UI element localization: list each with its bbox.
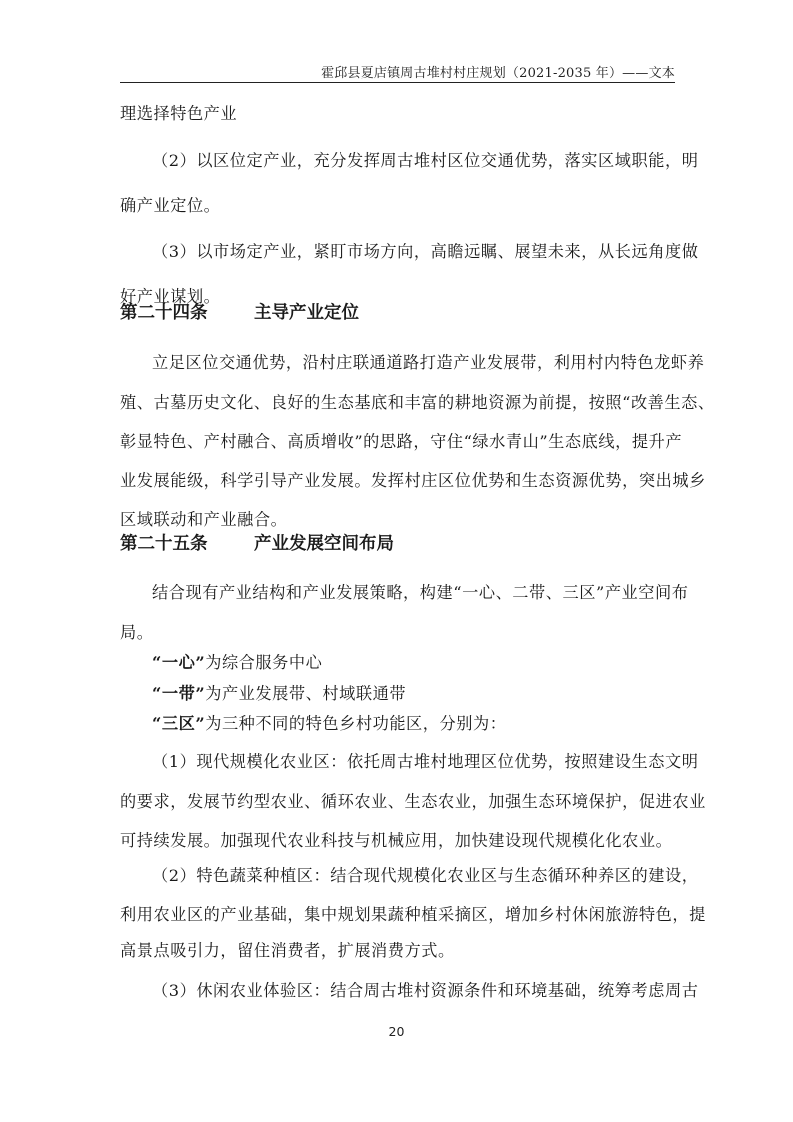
document-title: 霍邱县夏店镇周古堆村村庄规划（2021-2035 年）——文本	[321, 62, 675, 81]
section-title: 主导产业定位	[254, 303, 359, 323]
paragraph-line: 利用农业区的产业基础，集中规划果蔬种植采摘区，增加乡村休闲旅游特色，提	[120, 905, 678, 925]
section-number: 第二十五条	[120, 533, 254, 555]
paragraph-line: 业发展能级，科学引导产业发展。发挥村庄区位优势和生态资源优势，突出城乡	[120, 471, 678, 491]
paragraph-line: （3）以市场定产业，紧盯市场方向，高瞻远瞩、展望未来，从长远角度做	[120, 242, 678, 262]
definition-one-belt: “一带”为产业发展带、村域联通带	[120, 684, 678, 704]
paragraph-line: 理选择特色产业	[120, 104, 678, 124]
paragraph-line: 区域联动和产业融合。	[120, 510, 678, 530]
paragraph-line: （1）现代规模化农业区：依托周古堆村地理区位优势，按照建设生态文明	[120, 752, 678, 772]
paragraph-line: （2）以区位定产业，充分发挥周古堆村区位交通优势，落实区域职能，明	[120, 151, 678, 171]
definition-three-zones: “三区”为三种不同的特色乡村功能区，分别为：	[120, 714, 678, 734]
paragraph-line: 立足区位交通优势，沿村庄联通道路打造产业发展带，利用村内特色龙虾养	[120, 353, 678, 373]
paragraph-line: （3）休闲农业体验区：结合周古堆村资源条件和环境基础，统筹考虑周古	[120, 981, 678, 1001]
section-heading-25: 第二十五条产业发展空间布局	[120, 533, 394, 555]
definition-text: 为产业发展带、村域联通带	[205, 684, 406, 703]
section-title: 产业发展空间布局	[254, 534, 394, 554]
paragraph-line: 的要求，发展节约型农业、循环农业、生态农业，加强生态环境保护，促进农业	[120, 792, 678, 812]
paragraph-line: 彰显特色、产村融合、高质增收”的思路，守住“绿水青山”生态底线，提升产	[120, 432, 678, 452]
paragraph-line: （2）特色蔬菜种植区：结合现代规模化农业区与生态循环种养区的建设，	[120, 866, 678, 886]
definition-text: 为三种不同的特色乡村功能区，分别为：	[205, 714, 506, 733]
paragraph-line: 高景点吸引力，留住消费者，扩展消费方式。	[120, 941, 678, 961]
page-header: 霍邱县夏店镇周古堆村村庄规划（2021-2035 年）——文本	[120, 60, 675, 83]
paragraph-line: 确产业定位。	[120, 196, 678, 216]
section-number: 第二十四条	[120, 302, 254, 324]
paragraph-line: 局。	[120, 623, 678, 643]
definition-text: 为综合服务中心	[205, 653, 322, 672]
definition-term: “一心”	[152, 653, 205, 672]
section-heading-24: 第二十四条主导产业定位	[120, 302, 359, 324]
page-number: 20	[0, 1024, 793, 1039]
paragraph-line: 结合现有产业结构和产业发展策略，构建“一心、二带、三区”产业空间布	[120, 583, 678, 603]
paragraph-line: 可持续发展。加强现代农业科技与机械应用，加快建设现代规模化化农业。	[120, 831, 678, 851]
definition-term: “三区”	[152, 714, 205, 733]
paragraph-line: 殖、古墓历史文化、良好的生态基底和丰富的耕地资源为前提，按照“改善生态、	[120, 393, 678, 413]
definition-term: “一带”	[152, 684, 205, 703]
definition-one-center: “一心”为综合服务中心	[120, 653, 678, 673]
